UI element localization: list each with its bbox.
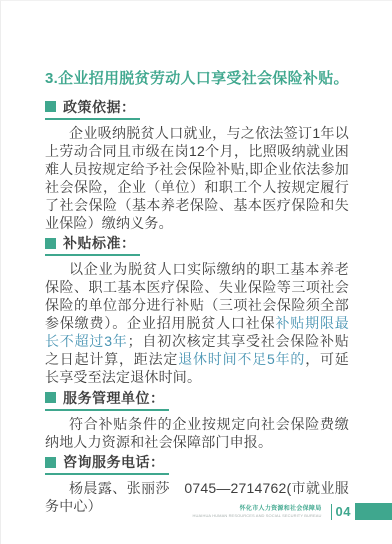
- section-heading-service-label: 服务管理单位：: [63, 391, 165, 405]
- section-heading-hotline-label: 咨询服务电话：: [63, 455, 165, 469]
- service-paragraph: 符合补贴条件的企业按规定向社会保险费缴纳地人力资源和社会保障部门申报。: [45, 415, 349, 451]
- footer-divider: [331, 504, 332, 520]
- highlighted-text-run: 退休时间不足5年的: [178, 351, 305, 367]
- section-heading-policy-label: 政策依据：: [63, 100, 136, 114]
- policy-document-page: { "page": { "title": "3.企业招用脱贫劳动人口享受社会保险…: [0, 0, 392, 544]
- footer-org-block: 怀化市人力资源和社会保障局 HUAIHUA HUMAN RESOURCES AN…: [193, 506, 322, 518]
- page-number: 04: [336, 504, 351, 519]
- section-heading-policy: 政策依据：: [45, 99, 349, 120]
- page-footer: 怀化市人力资源和社会保障局 HUAIHUA HUMAN RESOURCES AN…: [193, 503, 392, 520]
- section-heading-hotline-inner: 咨询服务电话：: [45, 455, 169, 475]
- bullet-square-icon: [45, 101, 56, 112]
- section-heading-standard-label: 补贴标准：: [63, 236, 136, 250]
- bullet-square-icon: [45, 238, 56, 249]
- footer-org-name-en: HUAIHUA HUMAN RESOURCES AND SOCIAL SECUR…: [193, 513, 322, 518]
- policy-paragraph: 企业吸纳脱贫人口就业，与之依法签订1年以上劳动合同且市级在岗12个月，比照吸纳就…: [45, 124, 349, 232]
- standard-paragraph: 以企业为脱贫人口实际缴纳的职工基本养老保险、职工基本医疗保险、失业保险等三项社会…: [45, 260, 349, 386]
- section-heading-hotline: 咨询服务电话：: [45, 455, 349, 476]
- section-heading-service-inner: 服务管理单位：: [45, 391, 169, 411]
- section-heading-service: 服务管理单位：: [45, 390, 349, 411]
- footer-accent-bar: [355, 503, 392, 520]
- document-content: 3.企业招用脱贫劳动人口享受社会保险补贴。 政策依据： 企业吸纳脱贫人口就业，与…: [0, 0, 392, 515]
- page-title: 3.企业招用脱贫劳动人口享受社会保险补贴。: [45, 70, 349, 88]
- footer-org-name-cn: 怀化市人力资源和社会保障局: [193, 506, 322, 513]
- bullet-square-icon: [45, 457, 56, 468]
- section-heading-standard-inner: 补贴标准：: [45, 236, 140, 256]
- section-heading-policy-inner: 政策依据：: [45, 100, 140, 120]
- bullet-square-icon: [45, 392, 56, 403]
- section-heading-standard: 补贴标准：: [45, 236, 349, 257]
